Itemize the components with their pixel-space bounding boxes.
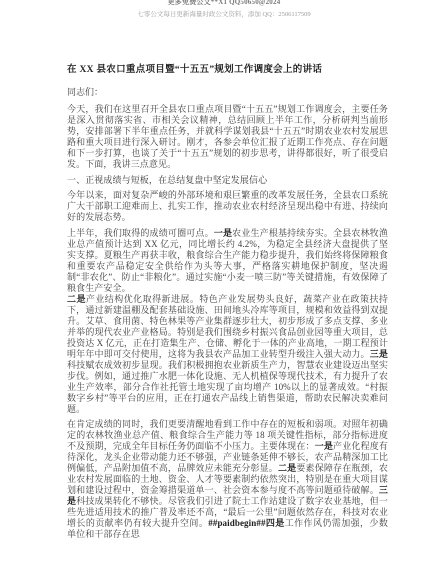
section-heading: 一、正视成绩与短板，在总结复盘中坚定发展信心 (67, 175, 388, 186)
document-body: 在 XX 县农口重点项目暨“十五五”规划工作调度会上的讲话 同志们： 今天，我们… (67, 64, 388, 545)
paragraph: 上半年，我们取得的成绩可圈可点。一是农业生产根基持续夯实。全县农林牧渔业总产值预… (67, 228, 388, 294)
watermark-line2: 七零公文每日更新海量时政公文资料，添加 QQ：2506117509 (0, 11, 448, 19)
paragraph-container: 今天，我们在这里召开全县农口重点项目暨“十五五”规划工作调度会，主要任务是深入贯… (67, 104, 388, 540)
page-background: { "watermark": { "line1": "更多免费公文**X1 QQ… (0, 0, 448, 580)
paragraph: 在肯定成绩的同时，我们更要清醒地看到工作中存在的短板和弱项。对照年初确定的农林牧… (67, 419, 388, 540)
document-title: 在 XX 县农口重点项目暨“十五五”规划工作调度会上的讲话 (67, 64, 388, 76)
paragraph: 今天，我们在这里召开全县农口重点项目暨“十五五”规划工作调度会，主要任务是深入贯… (67, 104, 388, 170)
salutation: 同志们： (67, 87, 388, 98)
paragraph: 二是产业结构优化取得新进展。特色产业发展势头良好，蔬菜产业在政策扶持下，通过新建… (67, 294, 388, 415)
watermark-line1: 更多免费公文**X1 QQ50650@2024 (0, 0, 448, 7)
watermark-header: 更多免费公文**X1 QQ50650@2024 七零公文每日更新海量时政公文资料… (0, 0, 448, 19)
paragraph: 今年以来，面对复杂严峻的外部环境和艰巨繁重的改革发展任务，全县农口系统广大干部职… (67, 190, 388, 223)
